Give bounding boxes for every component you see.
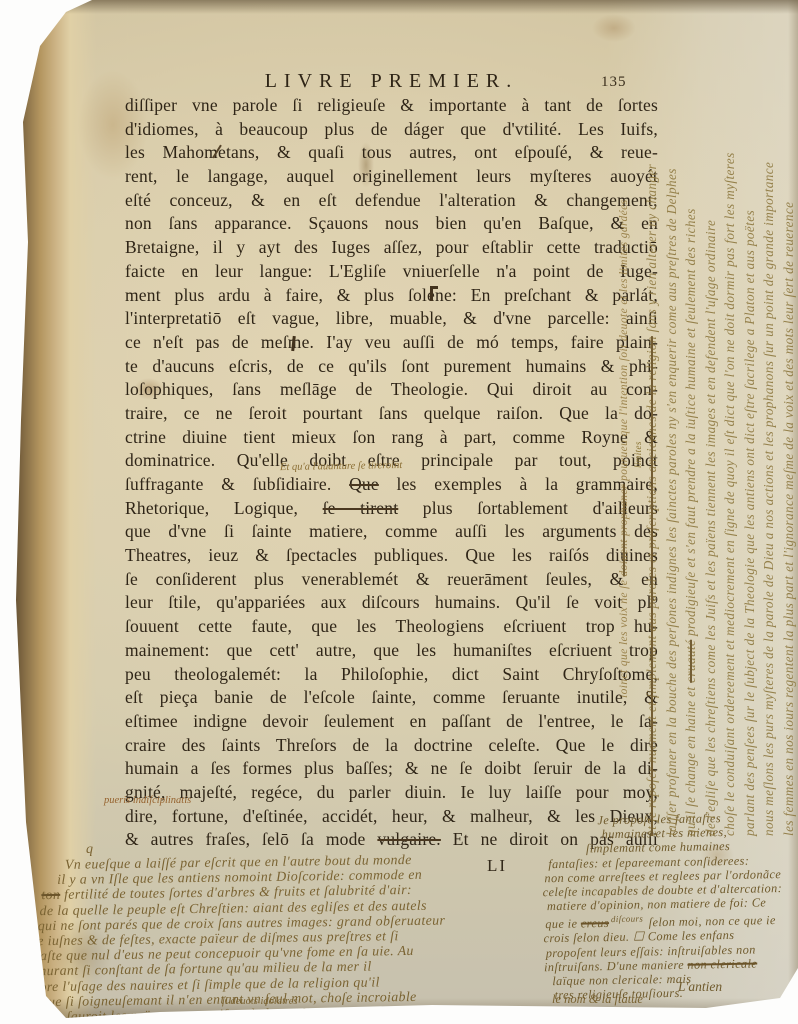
- text-line: eſt pieça banie de l'eſcole ſainte, comm…: [125, 686, 658, 710]
- text-line: nous meſlons les purs myſteres de la par…: [759, 0, 779, 836]
- text-segment: laiſſer profaner en la bouche des perſon…: [664, 168, 679, 836]
- book-page: LIVRE PREMIER. 135 diſſiper vne parole ſ…: [0, 0, 798, 1024]
- text-segment: ſe conſiderent plus venerablemét & reuer…: [125, 569, 658, 589]
- text-segment: diſſiper vne parole ſi religieuſe & impo…: [125, 95, 658, 115]
- text-segment: que d'vne ſi ſainte matiere, comme auſſi…: [125, 521, 658, 541]
- text-line: de l'egliſe que les chreſtiens come les …: [701, 0, 721, 836]
- interlinear-addition: Et qu'a l'auanture ſe tireroint: [280, 460, 403, 473]
- text-segment: les femmes en nos iours regentent la plu…: [781, 202, 796, 836]
- text-line: qu'il ſe change en haine et cruauté prod…: [681, 0, 701, 836]
- text-line: eſtimee indigne devoir ſeulement en paſſ…: [125, 710, 658, 734]
- text-line: leur ſtile, qu'appariées aux diſcours hu…: [125, 591, 658, 615]
- interlinear-addition: pueris indiſciplinatis: [104, 795, 191, 806]
- text-segment: ioinct que les voix ne ſe: [618, 576, 630, 698]
- text-segment: ſe tirent: [323, 498, 399, 518]
- text-line: et ſe repoſer nuement et ſimplement aus …: [642, 0, 662, 836]
- text-segment: parlant des penſees ſur le ſubject de la…: [742, 210, 757, 836]
- text-line: les Mahometans, & quaſi tous autres, ont…: [125, 141, 658, 165]
- text-segment: ſuffragante & ſubſidiaire.: [125, 474, 349, 494]
- text-line: peu theologalemét: la Philoſophie, dict …: [125, 663, 658, 687]
- ink-bracket-mark: [430, 286, 438, 289]
- text-segment: ment plus ardu à faire, & plus ſoléne: E…: [125, 285, 658, 305]
- text-segment: choſe le conduiſant ordereement et medio…: [722, 152, 737, 836]
- text-line: parlant des penſees ſur le ſubject de la…: [740, 0, 760, 836]
- text-line: diſſiper vne parole ſi religieuſe & impo…: [125, 94, 658, 118]
- printed-text-block: diſſiper vne parole ſi religieuſe & impo…: [125, 94, 658, 852]
- text-segment: leur ſtile, qu'appariées aux diſcours hu…: [125, 592, 658, 612]
- text-segment: qu'il ſe change en haine et: [683, 683, 698, 836]
- text-line: les femmes en nos iours regentent la plu…: [779, 0, 798, 836]
- text-line: humain a ſes formes plus baſſes; & ne ſe…: [125, 757, 658, 781]
- text-segment: prodigieuſe et s'en faut prendre a la iu…: [683, 208, 698, 639]
- bottom-right-manuscript-note: Je propoſe les fantaſieshumaines et les …: [541, 810, 798, 1003]
- text-segment: diſcours: [611, 914, 643, 925]
- text-segment: l'interpretatiō eſt vague, libre, muable…: [125, 308, 658, 328]
- text-line: ſe conſiderent plus venerablemét & reuer…: [125, 568, 658, 592]
- text-line: que d'vne ſi ſainte matiere, comme auſſi…: [125, 520, 658, 544]
- text-line: te d'aucuns eſcris, de ce qu'ils ſont pu…: [125, 355, 658, 379]
- text-line: Rhetorique, Logique, ſe tirent plus ſort…: [125, 497, 658, 521]
- text-segment: Theatres, ieuz & ſpectacles publiques. Q…: [125, 545, 658, 565]
- text-segment: doiuent prophaner: [618, 484, 630, 576]
- text-line: Theatres, ieuz & ſpectacles publiques. Q…: [125, 544, 658, 568]
- inner-margin-manuscript-line: ioinct que les voix ne ſe doiuent propha…: [616, 352, 642, 698]
- text-segment: ſans y rien alterer ny changer: [644, 164, 659, 336]
- foxing-spot: [592, 14, 636, 42]
- text-segment: de l'egliſe que les chreſtiens come les …: [703, 220, 718, 836]
- text-line: ce n'eſt pas de meſme. I'ay veu auſſi de…: [125, 331, 658, 355]
- text-segment: eſté conceuz, & en eſt defendue l'altera…: [125, 190, 658, 210]
- text-line: faicte en leur langue: L'Egliſe vniuerſe…: [125, 260, 658, 284]
- text-line: eſté conceuz, & en eſt defendue l'altera…: [125, 189, 658, 213]
- text-segment: gnité, majeſté, regéce, du parler diuin.…: [125, 782, 658, 802]
- text-segment: ſelon moi, non ce que ie: [645, 913, 776, 929]
- text-segment: te d'aucuns eſcris, de ce qu'ils ſont pu…: [125, 356, 658, 376]
- text-line: ctrine diuine tient mieux ſon rang à par…: [125, 426, 658, 450]
- text-segment: peu theologalemét: la Philoſophie, dict …: [125, 664, 658, 684]
- text-line: d'idiomes, à beaucoup plus de dáger que …: [125, 118, 658, 142]
- margin-manuscript-text: ioinct que les voix ne ſe doiuent propha…: [616, 352, 632, 698]
- text-line: rent, le langage, auquel originellement …: [125, 165, 658, 189]
- text-line: laiſſer profaner en la bouche des perſon…: [662, 0, 682, 836]
- text-segment: pourueu que l'intention ſoit deuote et l…: [618, 199, 630, 484]
- text-segment: humain a ſes formes plus baſſes; & ne ſe…: [125, 758, 658, 778]
- text-line: loſophiques, ſans meſlāge de Theologie. …: [125, 378, 658, 402]
- interlinear-addition: ſi deuots idolatres: [222, 996, 297, 1007]
- text-segment: loſophiques, ſans meſlāge de Theologie. …: [125, 379, 658, 399]
- text-segment: non ſans apparance. Sçauons nous bien qu…: [125, 213, 658, 233]
- text-segment: d'idiomes, à beaucoup plus de dáger que …: [125, 119, 658, 139]
- text-segment: mainement: que cett' autre, que les huma…: [125, 640, 658, 660]
- text-segment: vulgaire.: [377, 829, 441, 849]
- text-segment: et ſe repoſer nuement et ſimplement aus …: [644, 336, 659, 836]
- text-segment: nous meſlons les purs myſteres de la par…: [761, 162, 776, 836]
- text-line: ment plus ardu à faire, & plus ſoléne: E…: [125, 284, 658, 308]
- running-title: LIVRE PREMIER.: [125, 70, 658, 93]
- margin-tiny-word: limites: [633, 441, 643, 468]
- text-segment: faicte en leur langue: L'Egliſe vniuerſe…: [125, 261, 658, 281]
- text-line: choſe le conduiſant ordereement et medio…: [720, 0, 740, 836]
- photo-of-book-page: LIVRE PREMIER. 135 diſſiper vne parole ſ…: [0, 0, 798, 1024]
- text-segment: eſtimee indigne devoir ſeulement en paſſ…: [125, 711, 658, 731]
- text-segment: ton: [41, 887, 60, 902]
- text-line: gnité, majeſté, regéce, du parler diuin.…: [125, 781, 658, 805]
- text-line: ioinct que les voix ne ſe doiuent propha…: [616, 352, 632, 698]
- text-segment: cruauté: [683, 640, 698, 683]
- text-line: Bretaigne, il y ayt des Iuges aſſez, pou…: [125, 236, 658, 260]
- text-line: mainement: que cett' autre, que les huma…: [125, 639, 658, 663]
- right-margin-manuscript-column: et ſe repoſer nuement et ſimplement aus …: [642, 0, 798, 836]
- text-segment: eſt pieça banie de l'eſcole ſainte, comm…: [125, 687, 658, 707]
- text-line: l'interpretatiō eſt vague, libre, muable…: [125, 307, 658, 331]
- text-segment: craire des ſaints Threſors de la doctrin…: [125, 735, 658, 755]
- text-line: non ſans apparance. Sçauons nous bien qu…: [125, 212, 658, 236]
- text-segment: & autres fraſes, ſelō ſa mode: [125, 829, 377, 849]
- text-segment: ſouuent cette faute, que les Theologiens…: [125, 616, 658, 636]
- text-segment: ce n'eſt pas de meſme. I'ay veu auſſi de…: [125, 332, 658, 352]
- text-segment: tres religieuſe touſiours.: [554, 986, 683, 1002]
- page-number: 135: [601, 74, 627, 91]
- text-segment: Bretaigne, il y ayt des Iuges aſſez, pou…: [125, 237, 658, 257]
- text-segment: Que: [349, 474, 379, 494]
- text-line: traire, ce ne ſeroit pourtant ſans quelq…: [125, 402, 658, 426]
- text-segment: Rhetorique, Logique,: [125, 498, 323, 518]
- text-segment: traire, ce ne ſeroit pourtant ſans quelq…: [125, 403, 658, 423]
- text-segment: les Mahometans, & quaſi tous autres, ont…: [125, 142, 658, 162]
- text-line: craire des ſaints Threſors de la doctrin…: [125, 734, 658, 758]
- text-line: ſouuent cette faute, que les Theologiens…: [125, 615, 658, 639]
- text-line: ſuffragante & ſubſidiaire. Que les exemp…: [125, 473, 658, 497]
- text-segment: non clericale: [687, 956, 757, 971]
- text-segment: que ie: [545, 917, 581, 932]
- text-segment: creus: [581, 916, 609, 930]
- margin-manuscript-text: et ſe repoſer nuement et ſimplement aus …: [642, 0, 798, 836]
- text-segment: rent, le langage, auquel originellement …: [125, 166, 658, 186]
- text-segment: ctrine diuine tient mieux ſon rang à par…: [125, 427, 658, 447]
